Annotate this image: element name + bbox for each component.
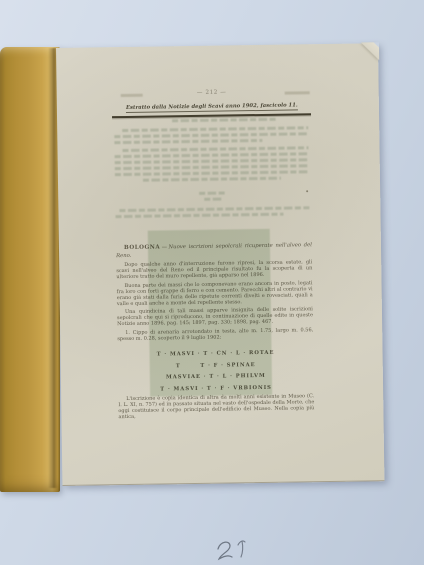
page-corner-fold xyxy=(360,42,379,61)
showthrough-line xyxy=(122,126,308,132)
showthrough-line xyxy=(115,152,309,158)
latin-inscription: T · MASVI · T · CN · L · ROTAET T · F · … xyxy=(117,347,314,396)
showthrough-text-block xyxy=(114,114,312,227)
showthrough-line xyxy=(204,198,221,201)
article-text-column: BOLOGNA—Nuove iscrizioni sepolcrali ricu… xyxy=(116,242,313,344)
article-paragraph-1: Dopo qualche anno d'interruzione furono … xyxy=(116,259,312,280)
showthrough-line xyxy=(199,191,226,194)
showthrough-line xyxy=(123,146,309,152)
offprint-header-note: Estratto dalla Notizie degli Scavi anno … xyxy=(114,102,310,111)
article-paragraph-4: 1. Cippo di arenaria arrotondato in test… xyxy=(117,327,313,342)
showthrough-line xyxy=(172,118,276,122)
offprint-header-note-text: Estratto dalla Notizie degli Scavi anno … xyxy=(126,102,298,112)
showthrough-line xyxy=(115,213,283,218)
showthrough-line xyxy=(114,139,262,144)
photo-backdrop: — 212 — Estratto dalla Notizie degli Sca… xyxy=(0,0,424,565)
showthrough-line xyxy=(115,158,309,164)
article-paragraph-3: Una quindicina di tali massi apparve ins… xyxy=(117,306,313,327)
page-number: — 212 — xyxy=(114,88,310,97)
article-title: BOLOGNA—Nuove iscrizioni sepolcrali ricu… xyxy=(116,242,312,260)
pencil-mark xyxy=(206,535,262,564)
article-closing-paragraph: L'iscrizione è copia identica di altra d… xyxy=(118,393,314,420)
showthrough-line xyxy=(119,206,309,212)
showthrough-line xyxy=(115,170,309,176)
paper-speck xyxy=(306,190,308,192)
article-title-dash: — xyxy=(162,244,167,250)
article-title-city: BOLOGNA xyxy=(124,244,160,251)
article-paragraph-2: Buona parte dei massi che lo componevano… xyxy=(116,280,312,307)
offprint-page: — 212 — Estratto dalla Notizie degli Sca… xyxy=(56,43,384,486)
showthrough-line xyxy=(114,132,308,138)
showthrough-line xyxy=(143,177,281,182)
showthrough-line xyxy=(115,164,309,170)
